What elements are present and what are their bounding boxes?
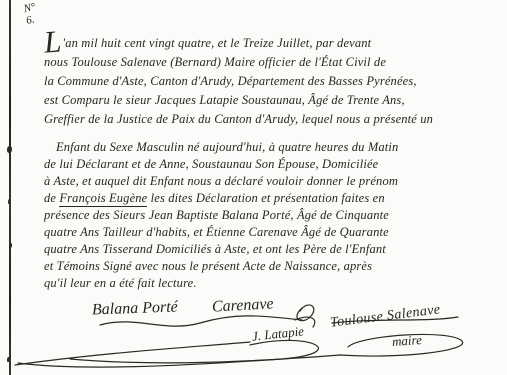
text-line: présence des Sieurs Jean Baptiste Balana… — [44, 207, 502, 224]
text-line: la Commune d'Aste, Canton d'Arudy, Dépar… — [44, 72, 502, 91]
child-name: François Eugène — [59, 191, 147, 207]
name-line-suffix: les dites Déclaration et présentation fa… — [147, 191, 384, 205]
text-line: de François Eugène les dites Déclaration… — [44, 190, 502, 207]
text-line: Enfant du Sexe Masculin né aujourd'hui, … — [44, 139, 502, 156]
dropcap-letter: L — [44, 36, 63, 47]
opening-paragraph: L'an mil huit cent vingt quatre, et le T… — [44, 34, 502, 129]
text-line: à Aste, et auquel dit Enfant nous a décl… — [44, 173, 502, 190]
signature-block: Balana Porté Carenave J. Latapie Toulous… — [0, 293, 507, 375]
scanned-birth-record-page: N° 6. L'an mil huit cent vingt quatre, e… — [0, 0, 507, 375]
witness1-signature: Balana Porté — [92, 299, 178, 320]
text-line: nous Toulouse Salenave (Bernard) Maire o… — [44, 53, 502, 72]
opening-line-1: 'an mil huit cent vingt quatre, et le Tr… — [62, 36, 371, 50]
ink-speck — [7, 146, 12, 153]
witness2-signature: Carenave — [212, 295, 274, 316]
text-line: et Témoins Signé avec nous le présent Ac… — [44, 258, 502, 275]
text-line: de lui Déclarant et de Anne, Soustaunau … — [44, 156, 502, 173]
body-paragraph: Enfant du Sexe Masculin né aujourd'hui, … — [44, 139, 502, 292]
text-line: qu'il leur en a été fait lecture. — [44, 275, 502, 292]
name-line-prefix: de — [44, 191, 59, 205]
text-line: est Comparu le sieur Jacques Latapie Sou… — [44, 91, 502, 110]
act-number-value: 6. — [25, 13, 39, 27]
text-line: L'an mil huit cent vingt quatre, et le T… — [44, 34, 502, 53]
text-line: quatre Ans Tailleur d'habits, et Étienne… — [44, 224, 502, 241]
act-number-margin-note: N° 6. — [23, 1, 39, 27]
mayor-title: maire — [391, 332, 422, 350]
text-line: quatre Ans Tisserand Domiciliés à Aste, … — [44, 241, 502, 258]
text-line: Greffier de la Justice de Paix du Canton… — [44, 110, 502, 129]
